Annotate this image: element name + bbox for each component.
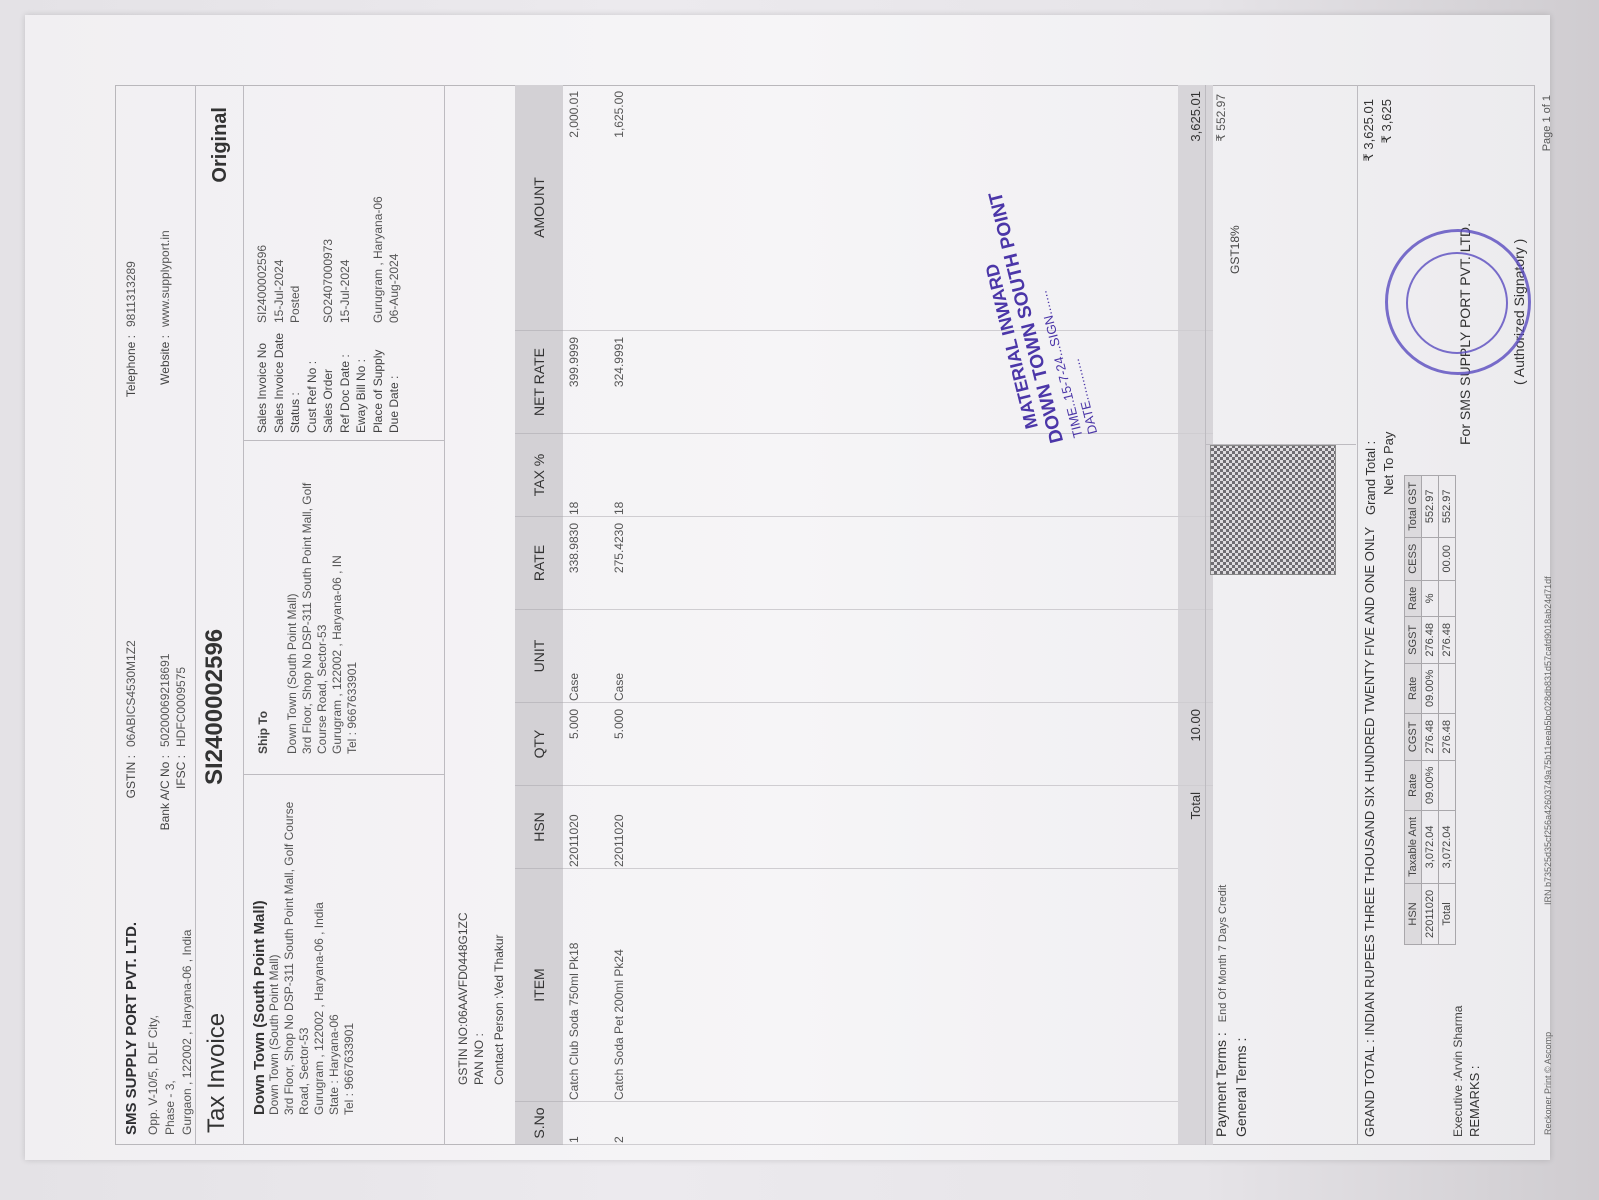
seller-name: SMS SUPPLY PORT PVT. LTD. <box>123 922 140 1135</box>
column-header: ITEM <box>515 869 563 1102</box>
title-row: Tax Invoice SI2400002596 Original <box>195 85 243 1145</box>
meta-row: Cust Ref No : <box>304 196 321 433</box>
hsn-summary-table: HSNTaxable AmtRateCGSTRateSGSTRateCESSTo… <box>1404 475 1456 945</box>
invoice-meta: Sales Invoice NoSI2400002596Sales Invoic… <box>254 196 403 433</box>
meta-row: Eway Bill No : <box>353 196 370 433</box>
seller-website: Website :www.supplyport.in <box>157 230 173 425</box>
items-table: S.NoITEMHSNQTYUNITRATETAX %NET RATEAMOUN… <box>515 85 1213 1145</box>
seller-gstin: GSTIN :06ABICS4530M1Z2 <box>123 640 139 845</box>
document-title: Tax Invoice <box>203 1013 231 1133</box>
column-header: TAX % <box>515 434 563 517</box>
seller-telephone: Telephone :9811313289 <box>123 261 139 425</box>
meta-row: Ref Doc Date :15-Jul-2024 <box>337 196 354 433</box>
column-header: AMOUNT <box>515 85 563 331</box>
meta-row: Sales Invoice NoSI2400002596 <box>254 196 271 433</box>
invoice-number: SI2400002596 <box>201 629 229 785</box>
buyer-ids: GSTIN NO:06AAVFD0448G1ZC PAN NO : Contac… <box>455 913 507 1086</box>
gst-amount-box: GST18% ₹ 552.97 <box>1206 84 1356 445</box>
ship-to: Ship To Down Town (South Point Mall) 3rd… <box>244 440 444 775</box>
copy-label: Original <box>209 107 232 183</box>
grand-total: ₹ 3,625.01 <box>1360 99 1378 162</box>
table-row: 1Catch Club Soda 750ml Pk18220110205.000… <box>563 85 608 1145</box>
meta-row: Place of SupplyGurugram , Haryana-06 <box>370 196 387 433</box>
irn: IRN b73525d35cf256a42603749a75b11eeab5bc… <box>1543 576 1553 905</box>
seller-address: Opp. V-10/5, DLF City, Phase - 3, Gurgao… <box>145 930 196 1135</box>
meta-row: Status :Posted <box>287 196 304 433</box>
column-header: HSN <box>515 786 563 869</box>
column-header: RATE <box>515 517 563 610</box>
seller-header: SMS SUPPLY PORT PVT. LTD. Opp. V-10/5, D… <box>115 85 196 1145</box>
seller-bank: Bank A/C No :50200069218691IFSC :HDFC000… <box>157 654 189 845</box>
qr-code <box>1210 445 1336 575</box>
column-header: UNIT <box>515 610 563 703</box>
net-to-pay: ₹ 3,625 <box>1378 99 1396 162</box>
column-header: QTY <box>515 703 563 786</box>
table-row: 2Catch Soda Pet 200ml Pk24220110205.000C… <box>608 85 653 1145</box>
hsn-total-row: Total3,072.04276.48276.4800.00552.97 <box>1439 475 1456 944</box>
column-header: NET RATE <box>515 331 563 434</box>
page-number: Page 1 of 1 <box>1541 95 1553 151</box>
parties-section: Down Town (South Point Mall) Down Town (… <box>243 85 445 1145</box>
meta-row: Due Date :06-Aug-2024 <box>386 196 403 433</box>
meta-row: Sales OrderSO2407000973 <box>320 196 337 433</box>
invoice-paper: SMS SUPPLY PORT PVT. LTD. Opp. V-10/5, D… <box>25 15 1550 1160</box>
bill-to: Down Town (South Point Mall) Down Town (… <box>252 775 357 1115</box>
amount-in-words: GRAND TOTAL : INDIAN RUPEES THREE THOUSA… <box>1362 517 1378 1137</box>
company-seal <box>1385 229 1531 375</box>
terms-section: Payment Terms :End Of Month 7 Days Credi… <box>1205 85 1356 1145</box>
payment-terms: End Of Month 7 Days Credit <box>1217 885 1229 1023</box>
meta-row: Sales Invoice Date15-Jul-2024 <box>271 196 288 433</box>
invoice-rotated: SMS SUPPLY PORT PVT. LTD. Opp. V-10/5, D… <box>115 85 1535 1145</box>
column-header: S.No <box>515 1102 563 1145</box>
hsn-row: 220110203,072.0409.00%276.4809.00%276.48… <box>1422 475 1439 944</box>
